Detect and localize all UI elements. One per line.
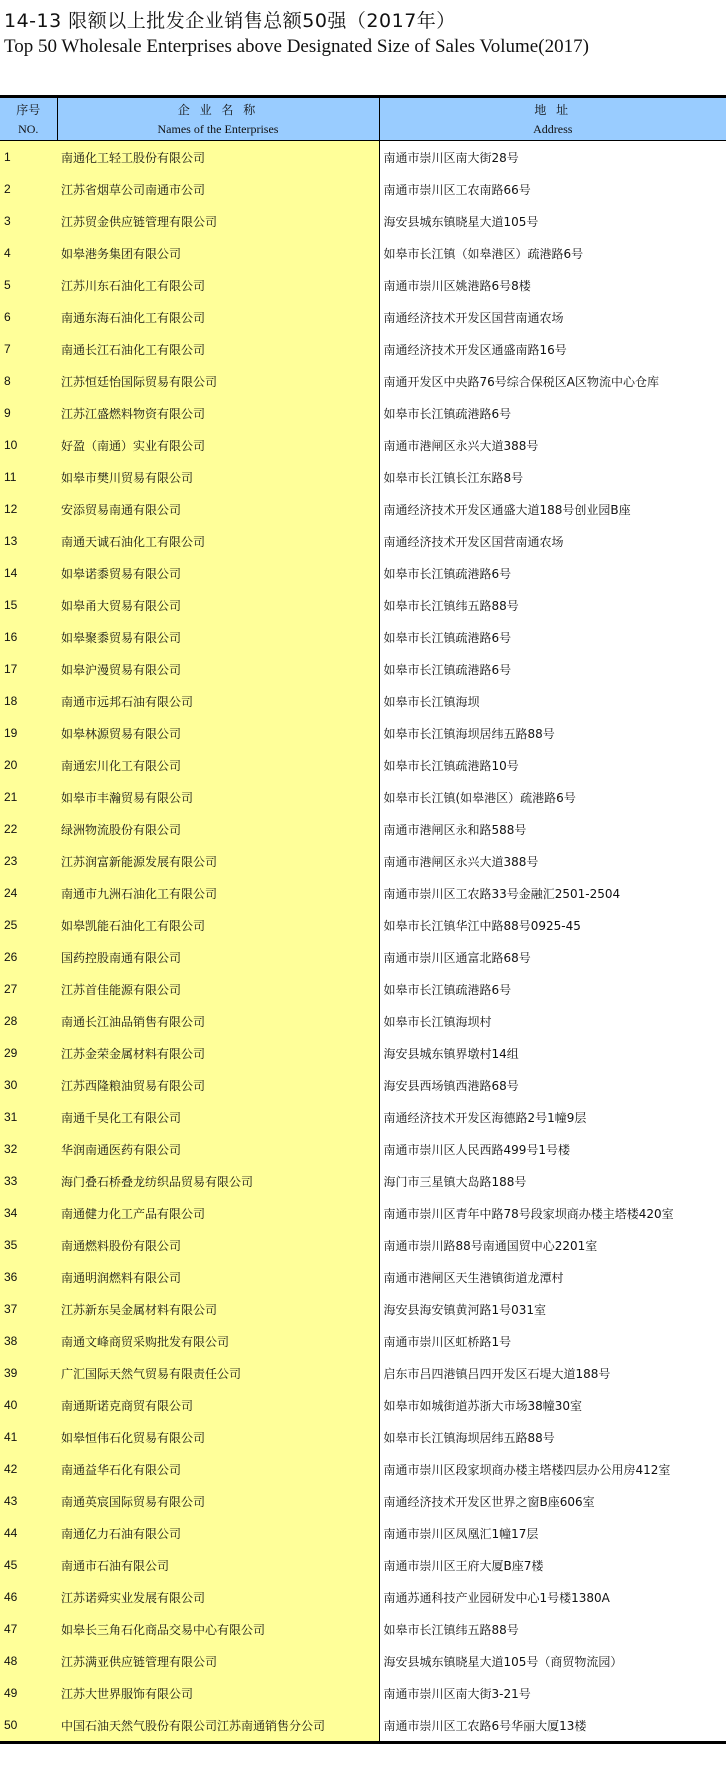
enterprise-address: 南通市崇川区王府大厦B座7楼 — [379, 1549, 726, 1581]
enterprise-address: 南通市崇川区青年中路78号段家坝商办楼主塔楼420室 — [379, 1197, 726, 1229]
enterprise-address: 如皋市长江镇纬五路88号 — [379, 589, 726, 621]
row-number: 22 — [0, 813, 57, 845]
enterprise-name: 广汇国际天然气贸易有限责任公司 — [57, 1357, 379, 1389]
enterprise-address: 南通市崇川区姚港路6号8楼 — [379, 269, 726, 301]
enterprise-address: 如皋市长江镇海坝居纬五路88号 — [379, 717, 726, 749]
row-number: 42 — [0, 1453, 57, 1485]
table-row: 42南通益华石化有限公司南通市崇川区段家坝商办楼主塔楼四层办公用房412室 — [0, 1453, 726, 1485]
enterprise-address: 南通市港闸区永和路588号 — [379, 813, 726, 845]
row-number: 1 — [0, 141, 57, 174]
table-row: 1南通化工轻工股份有限公司南通市崇川区南大街28号 — [0, 141, 726, 174]
row-number: 20 — [0, 749, 57, 781]
enterprise-name: 南通明润燃料有限公司 — [57, 1261, 379, 1293]
table-row: 49江苏大世界服饰有限公司南通市崇川区南大街3-21号 — [0, 1677, 726, 1709]
enterprise-name: 南通英宸国际贸易有限公司 — [57, 1485, 379, 1517]
row-number: 21 — [0, 781, 57, 813]
table-row: 31南通千昊化工有限公司南通经济技术开发区海德路2号1幢9层 — [0, 1101, 726, 1133]
row-number: 45 — [0, 1549, 57, 1581]
enterprise-address: 海安县城东镇晓星大道105号 — [379, 205, 726, 237]
enterprise-name: 如皋恒伟石化贸易有限公司 — [57, 1421, 379, 1453]
row-number: 40 — [0, 1389, 57, 1421]
enterprise-name: 如皋沪漫贸易有限公司 — [57, 653, 379, 685]
row-number: 39 — [0, 1357, 57, 1389]
enterprise-name: 南通市九洲石油化工有限公司 — [57, 877, 379, 909]
enterprise-name: 江苏川东石油化工有限公司 — [57, 269, 379, 301]
row-number: 32 — [0, 1133, 57, 1165]
enterprise-name: 如皋市丰瀚贸易有限公司 — [57, 781, 379, 813]
table-row: 7南通长江石油化工有限公司南通经济技术开发区通盛南路16号 — [0, 333, 726, 365]
enterprise-name: 南通燃料股份有限公司 — [57, 1229, 379, 1261]
enterprise-name: 安添贸易南通有限公司 — [57, 493, 379, 525]
enterprise-address: 南通经济技术开发区世界之窗B座606室 — [379, 1485, 726, 1517]
enterprise-address: 南通市崇川区通富北路68号 — [379, 941, 726, 973]
table-row: 4如皋港务集团有限公司如皋市长江镇（如皋港区）疏港路6号 — [0, 237, 726, 269]
row-number: 26 — [0, 941, 57, 973]
enterprise-name: 绿洲物流股份有限公司 — [57, 813, 379, 845]
enterprise-address: 南通市崇川区南大街3-21号 — [379, 1677, 726, 1709]
row-number: 27 — [0, 973, 57, 1005]
table-row: 2江苏省烟草公司南通市公司南通市崇川区工农南路66号 — [0, 173, 726, 205]
enterprise-name: 国药控股南通有限公司 — [57, 941, 379, 973]
enterprise-name: 如皋市樊川贸易有限公司 — [57, 461, 379, 493]
row-number: 19 — [0, 717, 57, 749]
enterprise-address: 南通市港闸区永兴大道388号 — [379, 429, 726, 461]
row-number: 43 — [0, 1485, 57, 1517]
row-number: 5 — [0, 269, 57, 301]
enterprise-name: 好盈（南通）实业有限公司 — [57, 429, 379, 461]
row-number: 8 — [0, 365, 57, 397]
row-number: 46 — [0, 1581, 57, 1613]
table-row: 50中国石油天然气股份有限公司江苏南通销售分公司南通市崇川区工农路6号华丽大厦1… — [0, 1709, 726, 1743]
table-row: 22绿洲物流股份有限公司南通市港闸区永和路588号 — [0, 813, 726, 845]
table-row: 3江苏贸金供应链管理有限公司海安县城东镇晓星大道105号 — [0, 205, 726, 237]
row-number: 38 — [0, 1325, 57, 1357]
header-no: 序号 NO. — [0, 97, 57, 141]
enterprise-name: 如皋诺黍贸易有限公司 — [57, 557, 379, 589]
enterprise-name: 海门叠石桥叠龙纺织品贸易有限公司 — [57, 1165, 379, 1197]
enterprise-address: 南通市崇川区工农路6号华丽大厦13楼 — [379, 1709, 726, 1743]
header-no-en: NO. — [0, 120, 57, 138]
table-row: 5江苏川东石油化工有限公司南通市崇川区姚港路6号8楼 — [0, 269, 726, 301]
table-row: 8江苏恒廷怡国际贸易有限公司南通开发区中央路76号综合保税区A区物流中心仓库 — [0, 365, 726, 397]
enterprise-name: 南通文峰商贸采购批发有限公司 — [57, 1325, 379, 1357]
row-number: 12 — [0, 493, 57, 525]
enterprise-address: 南通经济技术开发区国营南通农场 — [379, 525, 726, 557]
enterprise-name: 南通市远邦石油有限公司 — [57, 685, 379, 717]
table-row: 29江苏金荣金属材料有限公司海安县城东镇界墩村14组 — [0, 1037, 726, 1069]
table-body: 1南通化工轻工股份有限公司南通市崇川区南大街28号2江苏省烟草公司南通市公司南通… — [0, 141, 726, 1743]
table-row: 32华润南通医药有限公司南通市崇川区人民西路499号1号楼 — [0, 1133, 726, 1165]
table-row: 16如皋聚黍贸易有限公司如皋市长江镇疏港路6号 — [0, 621, 726, 653]
enterprise-address: 南通市崇川区虹桥路1号 — [379, 1325, 726, 1357]
enterprise-address: 如皋市长江镇疏港路6号 — [379, 397, 726, 429]
table-row: 34南通健力化工产品有限公司南通市崇川区青年中路78号段家坝商办楼主塔楼420室 — [0, 1197, 726, 1229]
header-name-cn: 企 业 名 称 — [58, 100, 379, 120]
row-number: 47 — [0, 1613, 57, 1645]
enterprise-address: 如皋市长江镇长江东路8号 — [379, 461, 726, 493]
enterprise-name: 南通宏川化工有限公司 — [57, 749, 379, 781]
table-row: 24南通市九洲石油化工有限公司南通市崇川区工农路33号金融汇2501-2504 — [0, 877, 726, 909]
enterprise-name: 南通化工轻工股份有限公司 — [57, 141, 379, 174]
table-row: 11如皋市樊川贸易有限公司如皋市长江镇长江东路8号 — [0, 461, 726, 493]
enterprise-name: 南通亿力石油有限公司 — [57, 1517, 379, 1549]
enterprise-name: 如皋长三角石化商品交易中心有限公司 — [57, 1613, 379, 1645]
enterprise-name: 江苏西隆粮油贸易有限公司 — [57, 1069, 379, 1101]
enterprise-address: 如皋市长江镇海坝 — [379, 685, 726, 717]
enterprise-name: 江苏润富新能源发展有限公司 — [57, 845, 379, 877]
table-row: 21如皋市丰瀚贸易有限公司如皋市长江镇(如皋港区）疏港路6号 — [0, 781, 726, 813]
enterprise-name: 如皋凯能石油化工有限公司 — [57, 909, 379, 941]
enterprise-address: 如皋市长江镇纬五路88号 — [379, 1613, 726, 1645]
enterprise-address: 海门市三星镇大岛路188号 — [379, 1165, 726, 1197]
table-row: 27江苏首佳能源有限公司如皋市长江镇疏港路6号 — [0, 973, 726, 1005]
table-row: 30江苏西隆粮油贸易有限公司海安县西场镇西港路68号 — [0, 1069, 726, 1101]
table-row: 9江苏江盛燃料物资有限公司如皋市长江镇疏港路6号 — [0, 397, 726, 429]
enterprise-address: 南通市崇川区凤凰汇1幢17层 — [379, 1517, 726, 1549]
enterprise-name: 如皋港务集团有限公司 — [57, 237, 379, 269]
row-number: 23 — [0, 845, 57, 877]
table-row: 39广汇国际天然气贸易有限责任公司启东市吕四港镇吕四开发区石堤大道188号 — [0, 1357, 726, 1389]
row-number: 35 — [0, 1229, 57, 1261]
enterprise-name: 江苏省烟草公司南通市公司 — [57, 173, 379, 205]
table-row: 35南通燃料股份有限公司南通市崇川路88号南通国贸中心2201室 — [0, 1229, 726, 1261]
row-number: 24 — [0, 877, 57, 909]
enterprise-address: 如皋市长江镇疏港路6号 — [379, 653, 726, 685]
row-number: 3 — [0, 205, 57, 237]
table-row: 19如皋林源贸易有限公司如皋市长江镇海坝居纬五路88号 — [0, 717, 726, 749]
table-row: 41如皋恒伟石化贸易有限公司如皋市长江镇海坝居纬五路88号 — [0, 1421, 726, 1453]
table-row: 38南通文峰商贸采购批发有限公司南通市崇川区虹桥路1号 — [0, 1325, 726, 1357]
row-number: 15 — [0, 589, 57, 621]
enterprise-name: 江苏贸金供应链管理有限公司 — [57, 205, 379, 237]
row-number: 7 — [0, 333, 57, 365]
table-row: 48江苏满亚供应链管理有限公司海安县城东镇晓星大道105号（商贸物流园） — [0, 1645, 726, 1677]
header-address: 地 址 Address — [379, 97, 726, 141]
enterprise-address: 南通市崇川区人民西路499号1号楼 — [379, 1133, 726, 1165]
enterprise-name: 江苏新东吴金属材料有限公司 — [57, 1293, 379, 1325]
row-number: 17 — [0, 653, 57, 685]
enterprise-name: 南通东海石油化工有限公司 — [57, 301, 379, 333]
table-row: 40南通斯诺克商贸有限公司如皋市如城街道苏浙大市场38幢30室 — [0, 1389, 726, 1421]
table-row: 36南通明润燃料有限公司南通市港闸区天生港镇街道龙潭村 — [0, 1261, 726, 1293]
header-name-en: Names of the Enterprises — [58, 120, 379, 138]
enterprise-address: 南通经济技术开发区通盛大道188号创业园B座 — [379, 493, 726, 525]
enterprise-address: 海安县海安镇黄河路1号031室 — [379, 1293, 726, 1325]
row-number: 50 — [0, 1709, 57, 1743]
enterprise-address: 南通市港闸区永兴大道388号 — [379, 845, 726, 877]
table-row: 6南通东海石油化工有限公司南通经济技术开发区国营南通农场 — [0, 301, 726, 333]
page-title-cn: 14-13 限额以上批发企业销售总额50强（2017年） — [4, 6, 456, 33]
table-row: 44南通亿力石油有限公司南通市崇川区凤凰汇1幢17层 — [0, 1517, 726, 1549]
table-row: 33海门叠石桥叠龙纺织品贸易有限公司海门市三星镇大岛路188号 — [0, 1165, 726, 1197]
row-number: 48 — [0, 1645, 57, 1677]
enterprise-address: 如皋市长江镇华江中路88号0925-45 — [379, 909, 726, 941]
enterprise-address: 南通市港闸区天生港镇街道龙潭村 — [379, 1261, 726, 1293]
enterprise-name: 南通千昊化工有限公司 — [57, 1101, 379, 1133]
row-number: 25 — [0, 909, 57, 941]
enterprise-name: 南通长江油品销售有限公司 — [57, 1005, 379, 1037]
row-number: 44 — [0, 1517, 57, 1549]
enterprise-address: 如皋市如城街道苏浙大市场38幢30室 — [379, 1389, 726, 1421]
row-number: 33 — [0, 1165, 57, 1197]
enterprise-address: 南通市崇川路88号南通国贸中心2201室 — [379, 1229, 726, 1261]
row-number: 31 — [0, 1101, 57, 1133]
table-row: 26国药控股南通有限公司南通市崇川区通富北路68号 — [0, 941, 726, 973]
table-row: 46江苏诺舜实业发展有限公司南通苏通科技产业园研发中心1号楼1380A — [0, 1581, 726, 1613]
header-address-cn: 地 址 — [380, 100, 726, 120]
enterprise-name: 中国石油天然气股份有限公司江苏南通销售分公司 — [57, 1709, 379, 1743]
table-row: 25如皋凯能石油化工有限公司如皋市长江镇华江中路88号0925-45 — [0, 909, 726, 941]
enterprise-address: 南通市崇川区工农南路66号 — [379, 173, 726, 205]
row-number: 37 — [0, 1293, 57, 1325]
table-row: 18南通市远邦石油有限公司如皋市长江镇海坝 — [0, 685, 726, 717]
enterprise-address: 南通经济技术开发区海德路2号1幢9层 — [379, 1101, 726, 1133]
enterprise-name: 华润南通医药有限公司 — [57, 1133, 379, 1165]
enterprise-name: 江苏首佳能源有限公司 — [57, 973, 379, 1005]
enterprise-name: 江苏诺舜实业发展有限公司 — [57, 1581, 379, 1613]
row-number: 6 — [0, 301, 57, 333]
enterprise-address: 海安县城东镇晓星大道105号（商贸物流园） — [379, 1645, 726, 1677]
enterprise-name: 江苏江盛燃料物资有限公司 — [57, 397, 379, 429]
row-number: 16 — [0, 621, 57, 653]
enterprise-name: 江苏大世界服饰有限公司 — [57, 1677, 379, 1709]
enterprise-address: 如皋市长江镇(如皋港区）疏港路6号 — [379, 781, 726, 813]
table-row: 14如皋诺黍贸易有限公司如皋市长江镇疏港路6号 — [0, 557, 726, 589]
enterprise-address: 如皋市长江镇疏港路6号 — [379, 973, 726, 1005]
page-title-en: Top 50 Wholesale Enterprises above Desig… — [4, 36, 589, 58]
enterprise-address: 如皋市长江镇疏港路10号 — [379, 749, 726, 781]
table-row: 17如皋沪漫贸易有限公司如皋市长江镇疏港路6号 — [0, 653, 726, 685]
table-row: 15如皋甬大贸易有限公司如皋市长江镇纬五路88号 — [0, 589, 726, 621]
enterprise-name: 南通健力化工产品有限公司 — [57, 1197, 379, 1229]
table-row: 13南通天诚石油化工有限公司南通经济技术开发区国营南通农场 — [0, 525, 726, 557]
enterprise-address: 如皋市长江镇海坝村 — [379, 1005, 726, 1037]
row-number: 49 — [0, 1677, 57, 1709]
table-row: 43南通英宸国际贸易有限公司南通经济技术开发区世界之窗B座606室 — [0, 1485, 726, 1517]
enterprise-address: 如皋市长江镇（如皋港区）疏港路6号 — [379, 237, 726, 269]
enterprise-address: 南通经济技术开发区通盛南路16号 — [379, 333, 726, 365]
header-address-en: Address — [380, 120, 726, 138]
row-number: 9 — [0, 397, 57, 429]
table-row: 47如皋长三角石化商品交易中心有限公司如皋市长江镇纬五路88号 — [0, 1613, 726, 1645]
enterprise-address: 南通市崇川区南大街28号 — [379, 141, 726, 174]
row-number: 18 — [0, 685, 57, 717]
header-no-cn: 序号 — [0, 100, 57, 120]
header-name: 企 业 名 称 Names of the Enterprises — [57, 97, 379, 141]
row-number: 4 — [0, 237, 57, 269]
enterprise-name: 江苏满亚供应链管理有限公司 — [57, 1645, 379, 1677]
table-row: 45南通市石油有限公司南通市崇川区王府大厦B座7楼 — [0, 1549, 726, 1581]
enterprise-name: 如皋林源贸易有限公司 — [57, 717, 379, 749]
enterprise-name: 江苏恒廷怡国际贸易有限公司 — [57, 365, 379, 397]
enterprise-address: 南通市崇川区工农路33号金融汇2501-2504 — [379, 877, 726, 909]
table-row: 10好盈（南通）实业有限公司南通市港闸区永兴大道388号 — [0, 429, 726, 461]
row-number: 2 — [0, 173, 57, 205]
enterprises-table: 序号 NO. 企 业 名 称 Names of the Enterprises … — [0, 95, 726, 1744]
enterprise-name: 江苏金荣金属材料有限公司 — [57, 1037, 379, 1069]
table-row: 23江苏润富新能源发展有限公司南通市港闸区永兴大道388号 — [0, 845, 726, 877]
row-number: 11 — [0, 461, 57, 493]
row-number: 13 — [0, 525, 57, 557]
enterprise-address: 海安县西场镇西港路68号 — [379, 1069, 726, 1101]
enterprise-address: 启东市吕四港镇吕四开发区石堤大道188号 — [379, 1357, 726, 1389]
enterprise-name: 南通市石油有限公司 — [57, 1549, 379, 1581]
enterprise-name: 南通斯诺克商贸有限公司 — [57, 1389, 379, 1421]
row-number: 29 — [0, 1037, 57, 1069]
row-number: 34 — [0, 1197, 57, 1229]
enterprise-address: 如皋市长江镇疏港路6号 — [379, 557, 726, 589]
enterprise-address: 海安县城东镇界墩村14组 — [379, 1037, 726, 1069]
row-number: 10 — [0, 429, 57, 461]
table-row: 20南通宏川化工有限公司如皋市长江镇疏港路10号 — [0, 749, 726, 781]
enterprise-name: 南通长江石油化工有限公司 — [57, 333, 379, 365]
row-number: 41 — [0, 1421, 57, 1453]
enterprise-address: 南通开发区中央路76号综合保税区A区物流中心仓库 — [379, 365, 726, 397]
table-row: 28南通长江油品销售有限公司如皋市长江镇海坝村 — [0, 1005, 726, 1037]
row-number: 36 — [0, 1261, 57, 1293]
enterprise-address: 南通市崇川区段家坝商办楼主塔楼四层办公用房412室 — [379, 1453, 726, 1485]
row-number: 28 — [0, 1005, 57, 1037]
table-row: 37江苏新东吴金属材料有限公司海安县海安镇黄河路1号031室 — [0, 1293, 726, 1325]
enterprise-name: 如皋甬大贸易有限公司 — [57, 589, 379, 621]
row-number: 14 — [0, 557, 57, 589]
table-header-row: 序号 NO. 企 业 名 称 Names of the Enterprises … — [0, 97, 726, 141]
row-number: 30 — [0, 1069, 57, 1101]
table-row: 12安添贸易南通有限公司南通经济技术开发区通盛大道188号创业园B座 — [0, 493, 726, 525]
enterprise-address: 如皋市长江镇疏港路6号 — [379, 621, 726, 653]
enterprise-name: 如皋聚黍贸易有限公司 — [57, 621, 379, 653]
enterprise-address: 南通经济技术开发区国营南通农场 — [379, 301, 726, 333]
enterprise-name: 南通天诚石油化工有限公司 — [57, 525, 379, 557]
enterprise-address: 如皋市长江镇海坝居纬五路88号 — [379, 1421, 726, 1453]
enterprise-address: 南通苏通科技产业园研发中心1号楼1380A — [379, 1581, 726, 1613]
enterprise-name: 南通益华石化有限公司 — [57, 1453, 379, 1485]
